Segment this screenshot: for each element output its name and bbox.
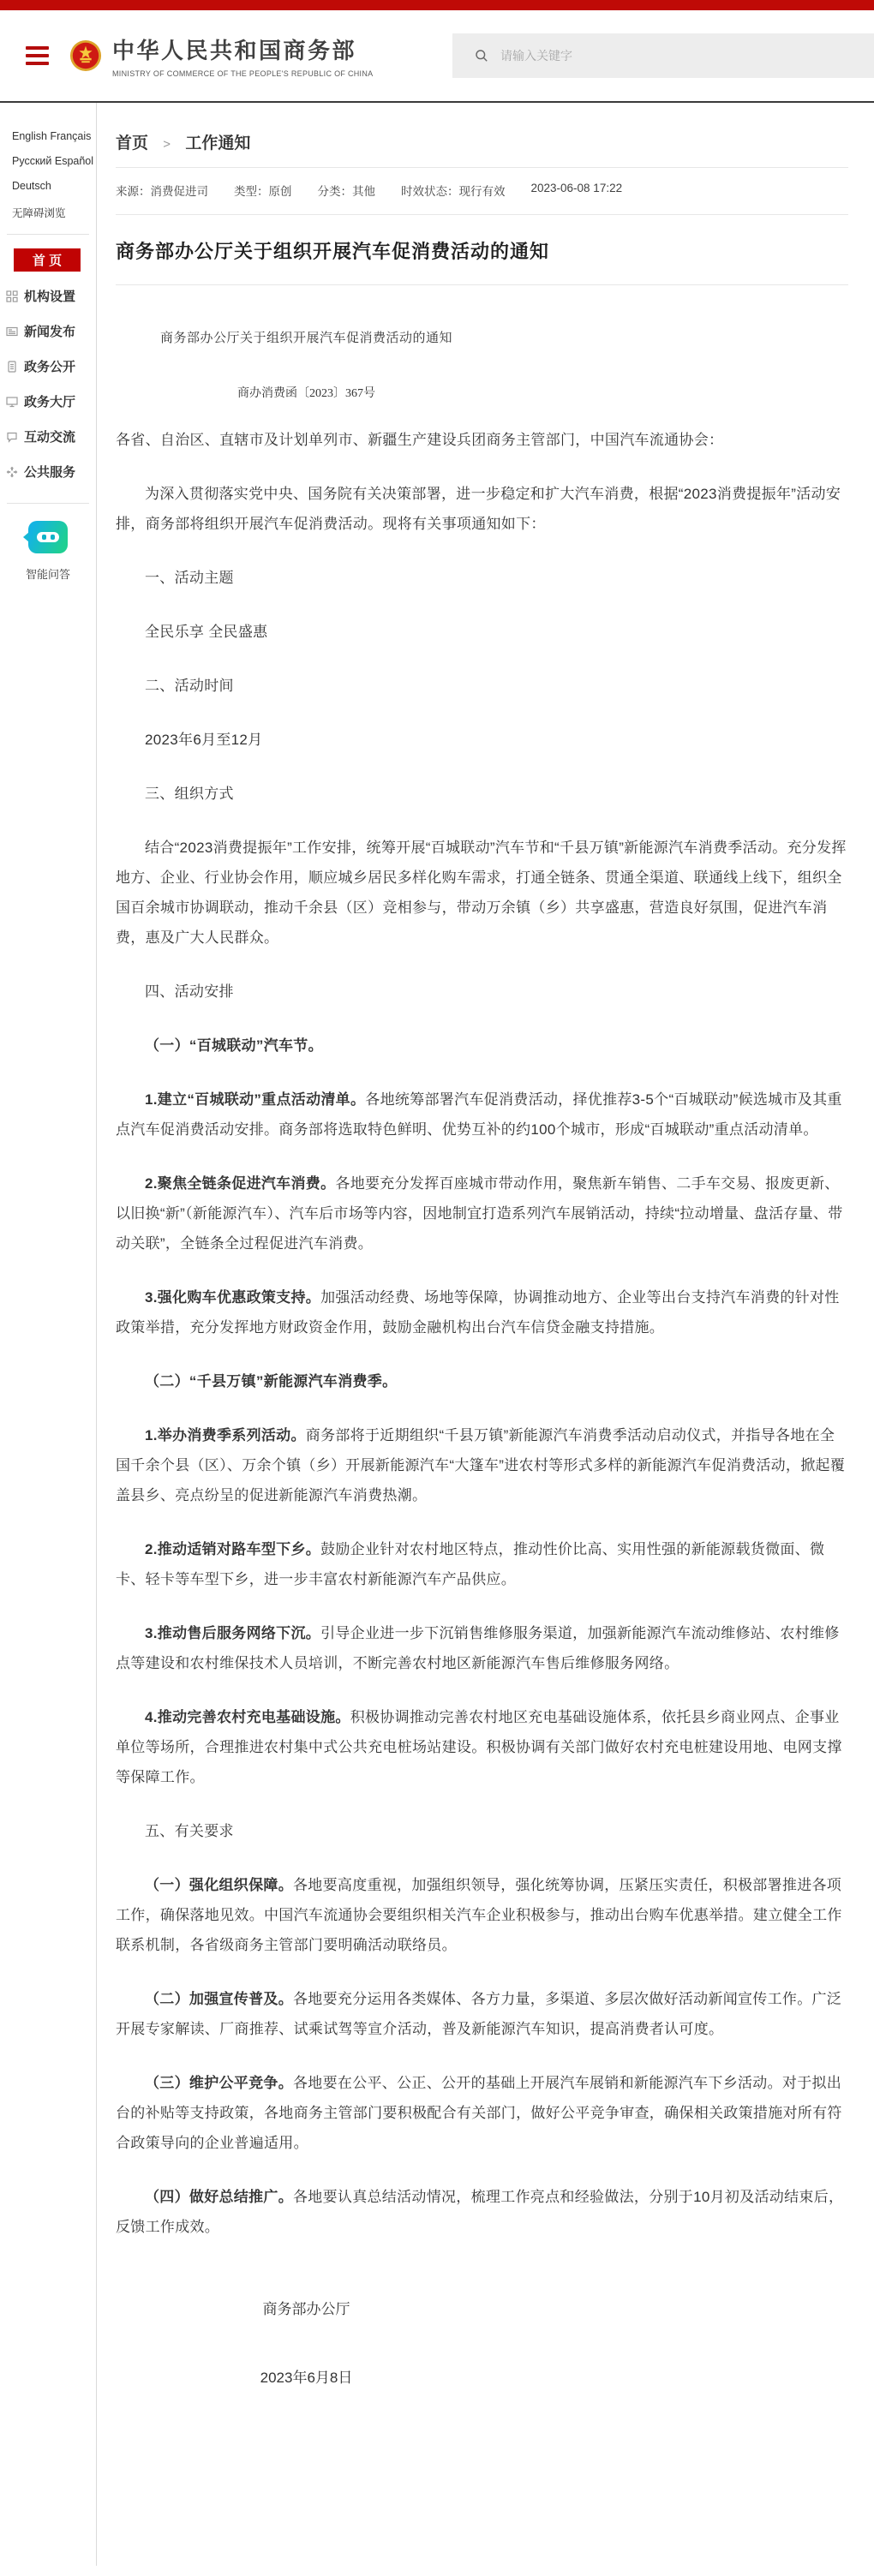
divider xyxy=(116,214,848,215)
article-paragraph: 3.强化购车优惠政策支持。加强活动经费、场地等保障，协调推动地方、企业等出台支持… xyxy=(116,1282,848,1342)
article-paragraph: 五、有关要求 xyxy=(116,1816,848,1846)
paragraph-lead: 1.建立“百城联动”重点活动清单。 xyxy=(145,1091,365,1108)
article-paragraph: （一）强化组织保障。各地要高度重视，加强组织领导，强化统筹协调，压紧压实责任，积… xyxy=(116,1870,848,1960)
article-paragraph: （二）加强宣传普及。各地要充分运用各类媒体、各方力量，多渠道、多层次做好活动新闻… xyxy=(116,1984,848,2044)
sidebar-item-label: 互动交流 xyxy=(24,427,75,445)
divider xyxy=(116,284,848,285)
paragraph-lead: 3.推动售后服务网络下沉。 xyxy=(145,1625,320,1641)
breadcrumb: 首页 > 工作通知 xyxy=(116,130,848,153)
language-link-english-francais[interactable]: English Français xyxy=(12,130,96,142)
article-paragraph: 2023年6月至12月 xyxy=(116,725,848,755)
robot-eyes xyxy=(37,532,59,542)
article-paragraph: （三）维护公平竞争。各地要在公平、公正、公开的基础上开展汽车展销和新能源汽车下乡… xyxy=(116,2068,848,2158)
meta-source: 来源：消费促进司 xyxy=(116,182,208,199)
article-paragraph: 1.举办消费季系列活动。商务部将于近期组织“千县万镇”新能源汽车消费季活动启动仪… xyxy=(116,1420,848,1510)
signature-block: 商务部办公厅 2023年6月8日 xyxy=(116,2297,497,2387)
breadcrumb-home[interactable]: 首页 xyxy=(116,134,148,152)
sidebar-divider xyxy=(7,234,89,235)
paragraph-lead: （四）做好总结推广。 xyxy=(145,2189,293,2205)
accessibility-link[interactable]: 无障碍浏览 xyxy=(12,205,96,220)
article-paragraph: （一）“百城联动”汽车节。 xyxy=(116,1031,848,1061)
site-header: 中华人民共和国商务部 MINISTRY OF COMMERCE OF THE P… xyxy=(0,10,874,103)
org-grid-icon xyxy=(6,290,18,302)
sidebar-item-organization[interactable]: 机构设置 xyxy=(0,278,96,314)
sidebar-item-gov-info[interactable]: 政务公开 xyxy=(0,349,96,384)
language-link-russian-spanish[interactable]: Русский Español xyxy=(12,155,96,167)
sidebar-home-button[interactable]: 首 页 xyxy=(14,248,81,272)
page-title: 商务部办公厅关于组织开展汽车促消费活动的通知 xyxy=(116,237,848,264)
meta-category: 分类：其他 xyxy=(318,182,376,199)
smart-qa[interactable]: 智能问答 xyxy=(0,521,96,582)
breadcrumb-separator-icon: > xyxy=(163,137,171,152)
article-paragraph: （四）做好总结推广。各地要认真总结活动情况，梳理工作亮点和经验做法，分别于10月… xyxy=(116,2182,848,2242)
article-paragraph: 3.推动售后服务网络下沉。引导企业进一步下沉销售维修服务渠道，加强新能源汽车流动… xyxy=(116,1618,848,1678)
meta-published-time: 2023-06-08 17:22 xyxy=(531,182,623,199)
smart-qa-label: 智能问答 xyxy=(0,565,96,582)
article-body: 各省、自治区、直辖市及计划单列市、新疆生产建设兵团商务主管部门，中国汽车流通协会… xyxy=(116,425,848,2242)
public-service-icon xyxy=(6,466,18,478)
paragraph-lead: 4.推动完善农村充电基础设施。 xyxy=(145,1709,350,1725)
meta-type: 类型：原创 xyxy=(234,182,292,199)
search-input[interactable] xyxy=(499,48,828,63)
paragraph-lead: （三）维护公平竞争。 xyxy=(145,2075,293,2091)
main-content: 首页 > 工作通知 来源：消费促进司 类型：原创 分类：其他 时效状态：现行有效… xyxy=(97,103,874,2566)
hamburger-menu-icon[interactable] xyxy=(26,46,49,65)
paragraph-lead: （二）加强宣传普及。 xyxy=(145,1991,293,2007)
paragraph-heading: （二）“千县万镇”新能源汽车消费季。 xyxy=(145,1373,397,1390)
signature: 商务部办公厅 xyxy=(116,2297,497,2318)
paragraph-lead: 2.聚焦全链条促进汽车消费。 xyxy=(145,1175,335,1192)
sidebar-divider xyxy=(7,503,89,504)
paragraph-lead: 1.举办消费季系列活动。 xyxy=(145,1427,306,1443)
article-paragraph: 为深入贯彻落实党中央、国务院有关决策部署，进一步稳定和扩大汽车消费，根据“202… xyxy=(116,479,848,539)
doc-number: 商办消费函〔2023〕367号 xyxy=(116,384,497,401)
sidebar-item-label: 公共服务 xyxy=(24,463,75,481)
sidebar-item-news[interactable]: 新闻发布 xyxy=(0,314,96,349)
breadcrumb-current: 工作通知 xyxy=(185,134,250,152)
paragraph-heading: （一）“百城联动”汽车节。 xyxy=(145,1037,323,1054)
sidebar-item-label: 政务大厅 xyxy=(24,392,75,410)
article-paragraph: 4.推动完善农村充电基础设施。积极协调推动完善农村地区充电基础设施体系，依托县乡… xyxy=(116,1702,848,1792)
meta-validity: 时效状态：现行有效 xyxy=(401,182,506,199)
article-paragraph: 结合“2023消费提振年”工作安排，统筹开展“百城联动”汽车节和“千县万镇”新能… xyxy=(116,833,848,953)
top-red-bar xyxy=(0,0,874,10)
sidebar-item-label: 政务公开 xyxy=(24,357,75,375)
article-paragraph: 四、活动安排 xyxy=(116,977,848,1007)
national-emblem-logo xyxy=(69,39,102,72)
sidebar-item-public-service[interactable]: 公共服务 xyxy=(0,454,96,489)
doc-date: 2023年6月8日 xyxy=(116,2365,497,2387)
paragraph-lead: 2.推动适销对路车型下乡。 xyxy=(145,1541,320,1557)
article-paragraph: （二）“千县万镇”新能源汽车消费季。 xyxy=(116,1366,848,1396)
article-paragraph: 全民乐享 全民盛惠 xyxy=(116,617,848,647)
site-title-block: 中华人民共和国商务部 MINISTRY OF COMMERCE OF THE P… xyxy=(112,33,373,78)
paragraph-lead: （一）强化组织保障。 xyxy=(145,1877,293,1893)
sidebar-nav: 机构设置 新闻发布 政务公开 xyxy=(0,278,96,489)
article-paragraph: 2.推动适销对路车型下乡。鼓励企业针对农村地区特点，推动性价比高、实用性强的新能… xyxy=(116,1534,848,1594)
search-icon xyxy=(475,49,488,63)
sidebar-item-service-hall[interactable]: 政务大厅 xyxy=(0,384,96,419)
article-paragraph: 二、活动时间 xyxy=(116,671,848,701)
language-switcher: English Français Русский Español Deutsch… xyxy=(0,130,96,220)
doc-meta: 来源：消费促进司 类型：原创 分类：其他 时效状态：现行有效 2023-06-0… xyxy=(116,168,848,214)
doc-title: 商务部办公厅关于组织开展汽车促消费活动的通知 xyxy=(116,328,497,346)
article-paragraph: 1.建立“百城联动”重点活动清单。各地统筹部署汽车促消费活动，择优推荐3-5个“… xyxy=(116,1085,848,1145)
article-paragraph: 各省、自治区、直辖市及计划单列市、新疆生产建设兵团商务主管部门，中国汽车流通协会… xyxy=(116,425,848,455)
article-paragraph: 一、活动主题 xyxy=(116,563,848,593)
search-box[interactable] xyxy=(452,33,874,78)
chat-icon xyxy=(6,431,18,443)
doc-heading-block: 商务部办公厅关于组织开展汽车促消费活动的通知 商办消费函〔2023〕367号 xyxy=(116,328,497,401)
news-icon xyxy=(6,326,18,338)
sidebar-item-label: 机构设置 xyxy=(24,287,75,305)
robot-icon xyxy=(28,521,68,553)
article-paragraph: 三、组织方式 xyxy=(116,779,848,809)
sidebar-item-label: 新闻发布 xyxy=(24,322,75,340)
language-link-deutsch[interactable]: Deutsch xyxy=(12,180,96,192)
site-subtitle: MINISTRY OF COMMERCE OF THE PEOPLE'S REP… xyxy=(112,69,373,78)
sidebar-item-interaction[interactable]: 互动交流 xyxy=(0,419,96,454)
document-icon xyxy=(6,361,18,373)
page: 中华人民共和国商务部 MINISTRY OF COMMERCE OF THE P… xyxy=(0,0,874,2566)
article-paragraph: 2.聚焦全链条促进汽车消费。各地要充分发挥百座城市带动作用，聚焦新车销售、二手车… xyxy=(116,1168,848,1258)
service-hall-icon xyxy=(6,396,18,408)
sidebar: English Français Русский Español Deutsch… xyxy=(0,103,97,2566)
paragraph-lead: 3.强化购车优惠政策支持。 xyxy=(145,1289,320,1306)
site-title: 中华人民共和国商务部 xyxy=(112,33,373,65)
